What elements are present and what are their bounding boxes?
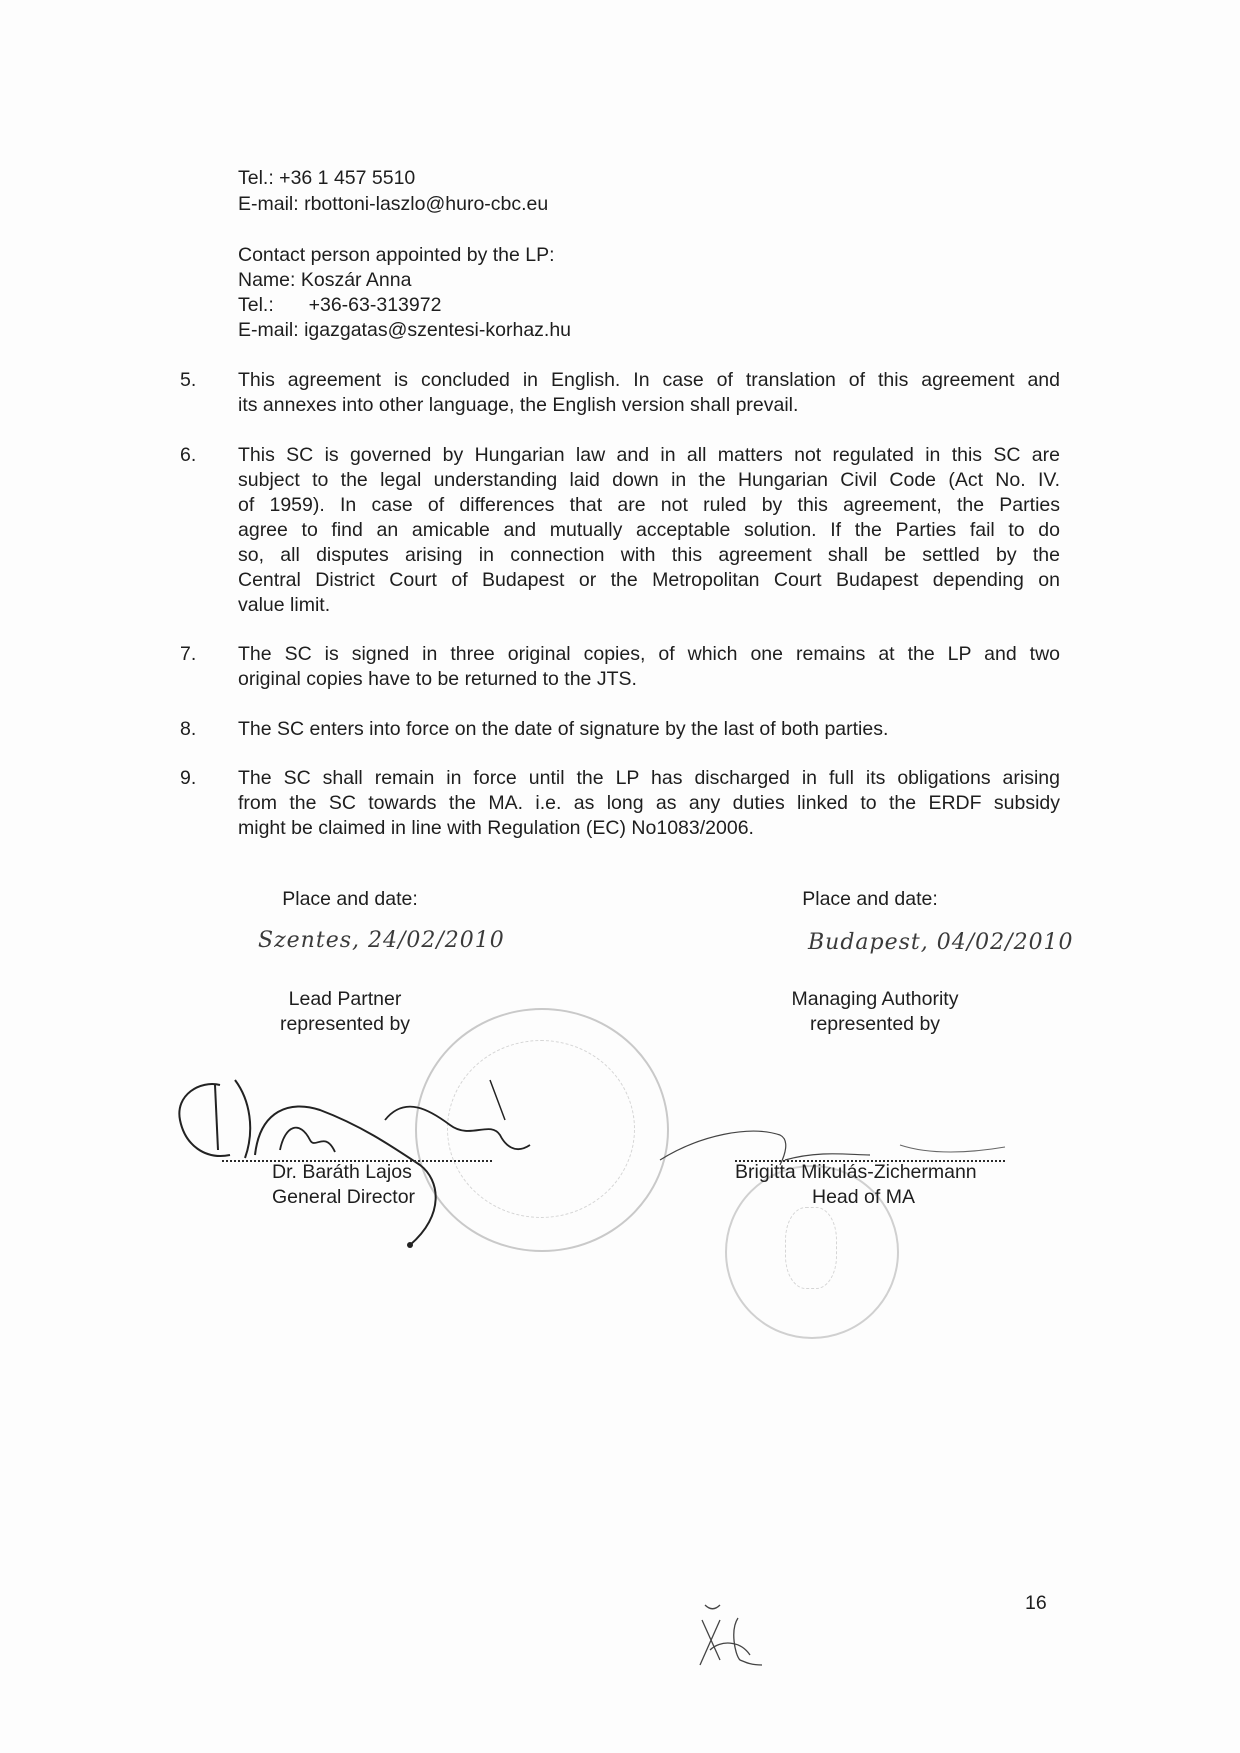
left-place-date-label: Place and date: (250, 887, 450, 912)
lp-contact-heading: Contact person appointed by the LP: (238, 243, 555, 268)
right-signer-name: Brigitta Mikulás-Zichermann (735, 1160, 977, 1185)
left-party-line1: Lead Partner (245, 987, 445, 1012)
lp-contact-email: E-mail: igazgatas@szentesi-korhaz.hu (238, 318, 571, 343)
clause-line: The SC is signed in three original copie… (238, 642, 1060, 667)
right-party-line1: Managing Authority (765, 987, 985, 1012)
clause-line: of 1959). In case of differences that ar… (238, 493, 1060, 518)
left-signer-name: Dr. Baráth Lajos (272, 1160, 412, 1185)
page-number: 16 (1025, 1592, 1047, 1615)
lp-contact-telephone: Tel.: +36-63-313972 (238, 293, 441, 318)
right-place-date-handwritten: Budapest, 04/02/2010 (808, 930, 1074, 955)
clause-line: The SC enters into force on the date of … (238, 717, 1060, 742)
clause-number: 7. (180, 642, 196, 667)
clause-line: This SC is governed by Hungarian law and… (238, 443, 1060, 468)
clause-number: 5. (180, 368, 196, 393)
clause-line: value limit. (238, 593, 1060, 618)
left-place-date-handwritten: Szentes, 24/02/2010 (258, 928, 505, 953)
stamp-coat-of-arms (785, 1207, 837, 1289)
jts-email: E-mail: rbottoni-laszlo@huro-cbc.eu (238, 192, 548, 217)
clause-number: 8. (180, 717, 196, 742)
clause-line: agree to find an amicable and mutually a… (238, 518, 1060, 543)
clause-line: from the SC towards the MA. i.e. as long… (238, 791, 1060, 816)
clause-line: subject to the legal understanding laid … (238, 468, 1060, 493)
document-page: Tel.: +36 1 457 5510 E-mail: rbottoni-la… (0, 0, 1240, 1753)
initials-signature (690, 1600, 770, 1670)
clause-number: 6. (180, 443, 196, 468)
lp-tel-label: Tel.: (238, 294, 274, 316)
left-signer-title: General Director (272, 1185, 415, 1210)
lead-partner-signature (160, 1040, 580, 1240)
clause-line: The SC shall remain in force until the L… (238, 766, 1060, 791)
right-place-date-label: Place and date: (770, 887, 970, 912)
clause-line: Central District Court of Budapest or th… (238, 568, 1060, 593)
clause-line: This agreement is concluded in English. … (238, 368, 1060, 393)
clause-line: so, all disputes arising in connection w… (238, 543, 1060, 568)
right-signer-title: Head of MA (812, 1185, 915, 1210)
jts-telephone: Tel.: +36 1 457 5510 (238, 166, 415, 191)
left-party-line2: represented by (245, 1012, 445, 1037)
right-party-line2: represented by (765, 1012, 985, 1037)
clause-line: might be claimed in line with Regulation… (238, 816, 1060, 841)
clause-line: original copies have to be returned to t… (238, 667, 1060, 692)
clause-line: its annexes into other language, the Eng… (238, 393, 1060, 418)
clause-number: 9. (180, 766, 196, 791)
lp-tel-value: +36-63-313972 (309, 294, 442, 316)
lp-contact-name: Name: Koszár Anna (238, 268, 411, 293)
